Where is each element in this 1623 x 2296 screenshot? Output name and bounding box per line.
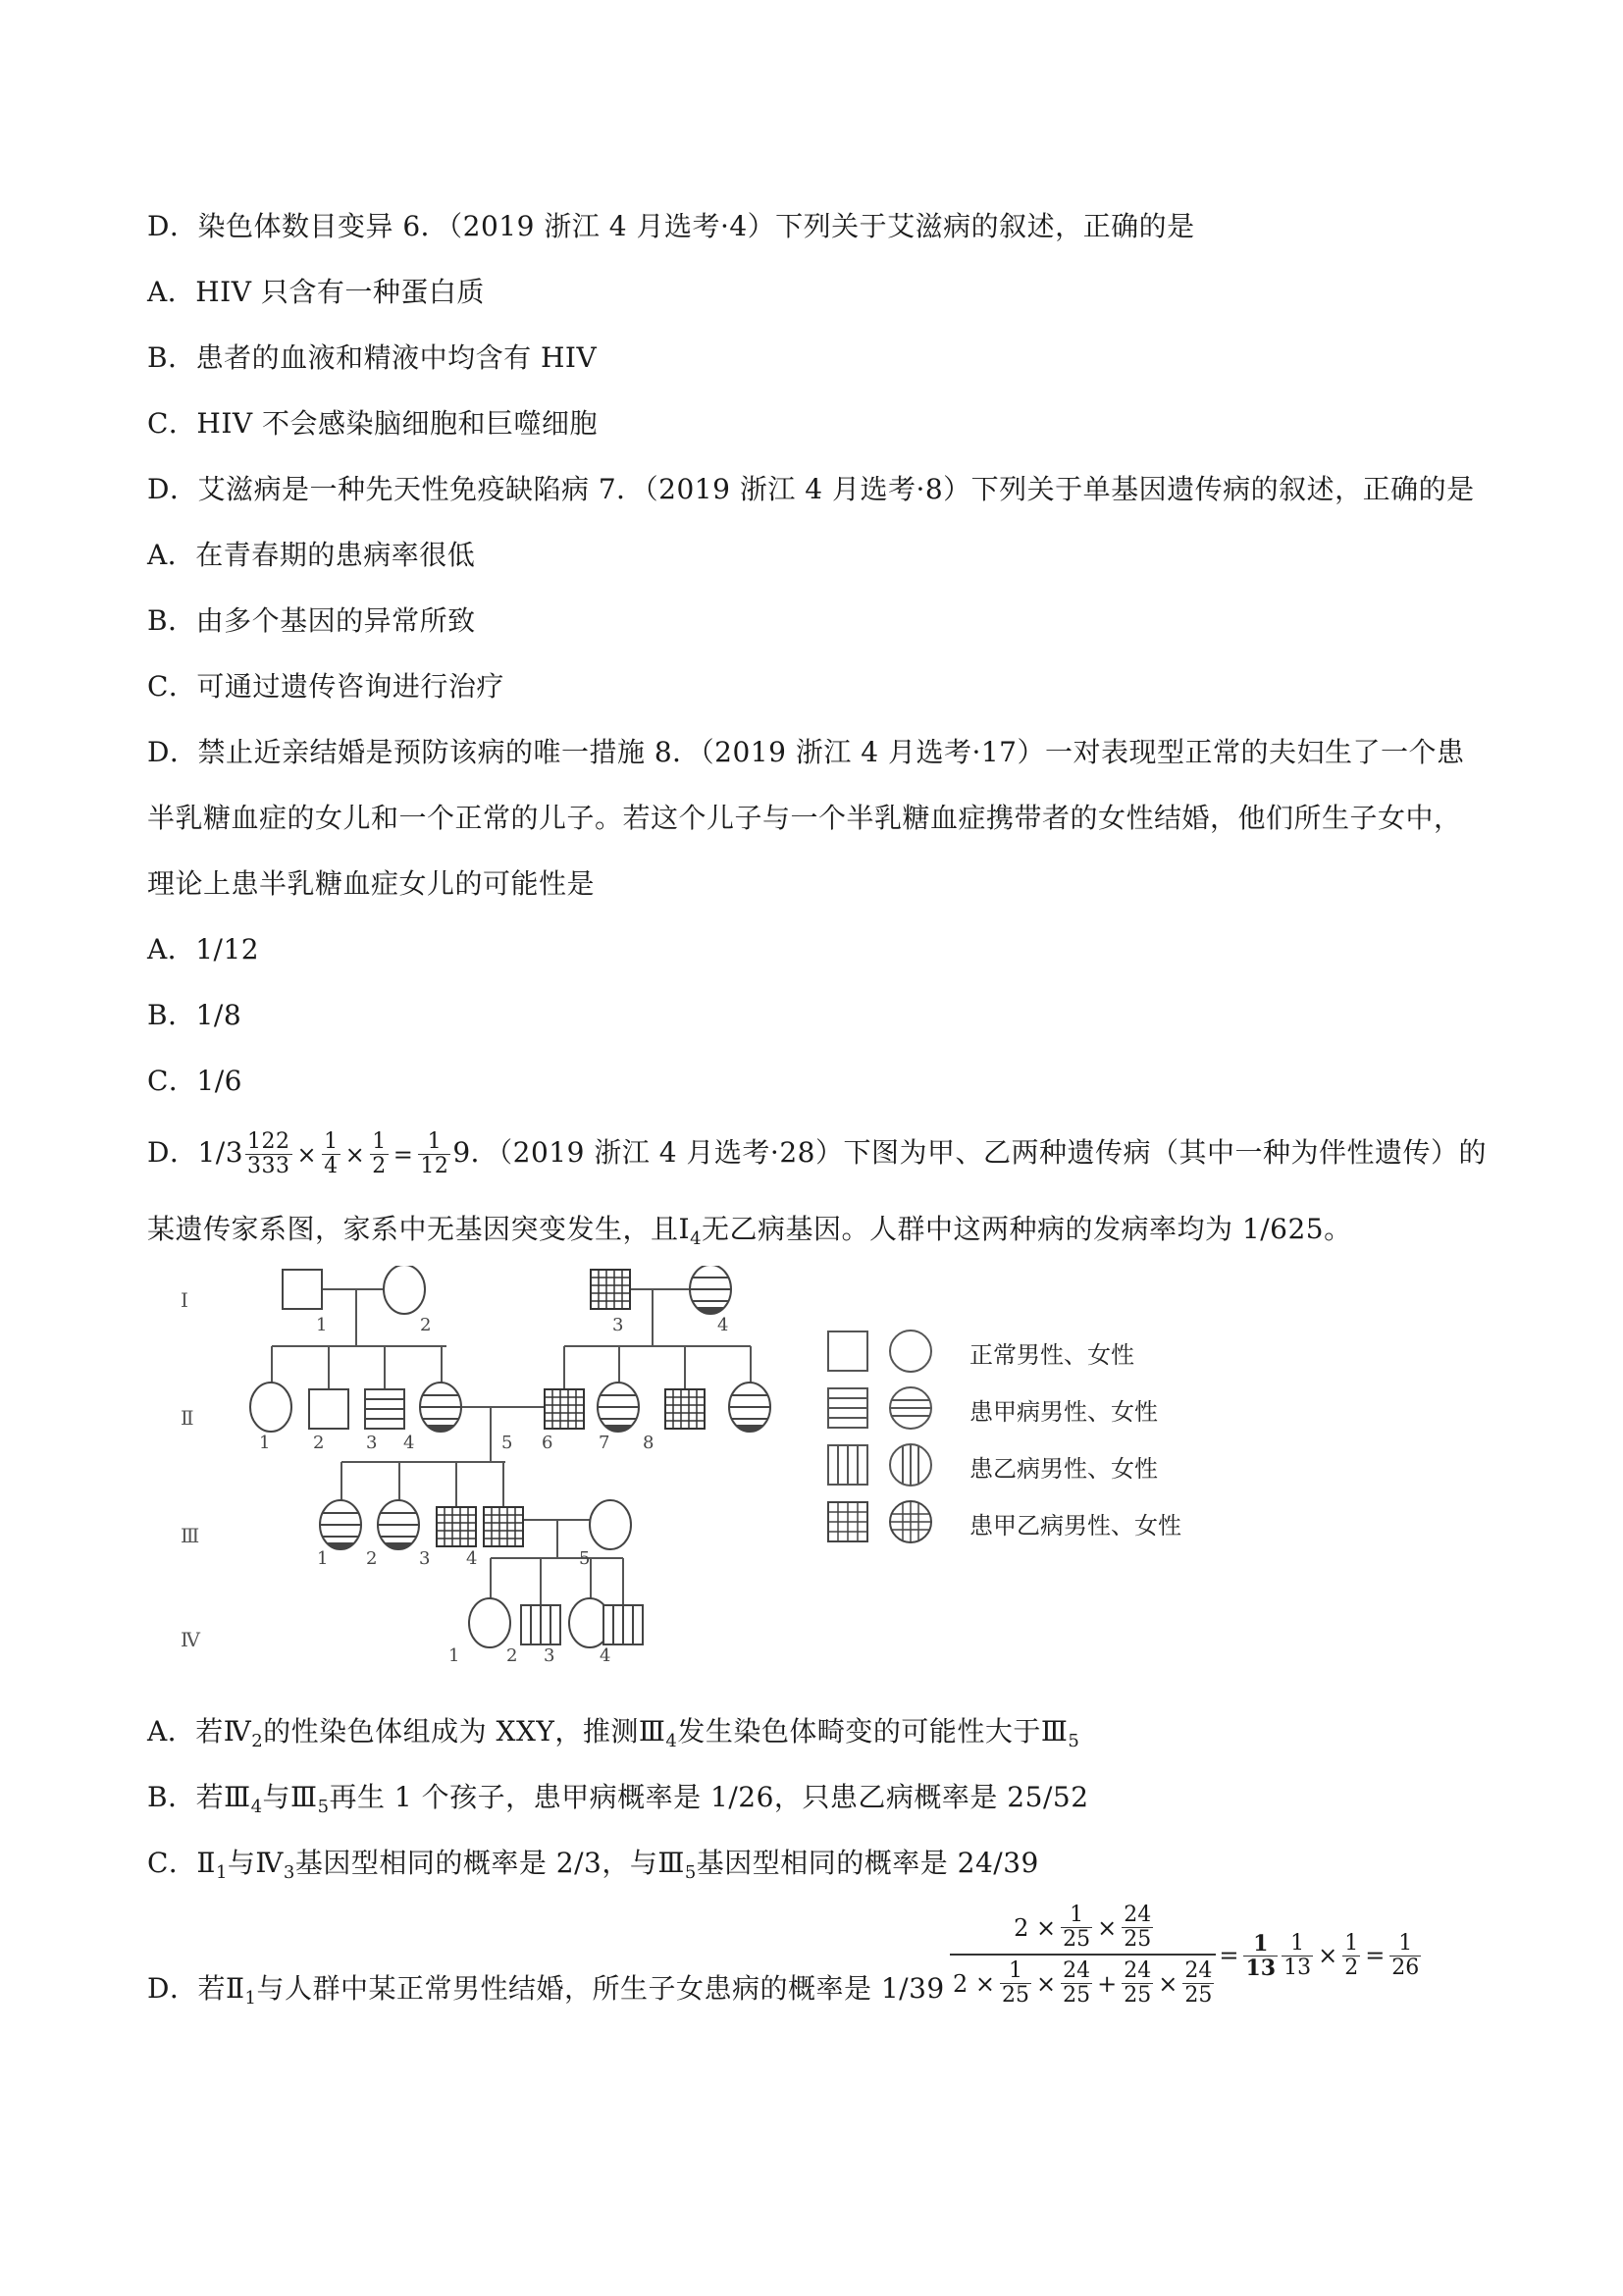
svg-text:5: 5 — [579, 1548, 590, 1569]
svg-text:2: 2 — [366, 1548, 377, 1569]
text-line: A．HIV 只含有一种蛋白质 — [147, 276, 485, 309]
svg-text:2: 2 — [313, 1433, 324, 1453]
svg-text:3: 3 — [544, 1645, 554, 1666]
text-line: D．艾滋病是一种先天性免疫缺陷病 7．（2019 浙江 4 月选考·8）下列关于… — [147, 473, 1475, 506]
svg-text:4: 4 — [717, 1315, 728, 1335]
individual-II-1 — [250, 1383, 291, 1432]
q9-prefix: D．1/3 — [147, 1136, 243, 1169]
text-line: C．HIV 不会感染脑细胞和巨噬细胞 — [147, 407, 598, 441]
svg-text:3: 3 — [612, 1315, 623, 1335]
option-C: C．Ⅱ1与Ⅳ3基因型相同的概率是 2/3，与Ⅲ5基因型相同的概率是 24/39 — [147, 1847, 1039, 1890]
legend-item-normal: 正常男性、女性 — [824, 1330, 952, 1373]
svg-text:1: 1 — [259, 1433, 270, 1453]
legend-item-disease-a: 患甲病男性、女性 — [824, 1386, 952, 1430]
fraction: 122333 — [245, 1130, 292, 1178]
text-line: A．在青春期的患病率很低 — [147, 539, 475, 572]
svg-text:4: 4 — [466, 1548, 477, 1569]
legend-item-disease-b: 患乙病男性、女性 — [824, 1443, 952, 1487]
individual-II-5 — [545, 1389, 584, 1429]
individual-I-2 — [384, 1266, 425, 1314]
fraction: 14 — [322, 1130, 340, 1178]
legend-symbols-both — [824, 1500, 952, 1543]
individual-II-4 — [419, 1383, 462, 1435]
svg-text:3: 3 — [419, 1548, 430, 1569]
generation-label: Ⅱ — [181, 1406, 194, 1430]
option-A: A．若Ⅳ2的性染色体组成为 XXY，推测Ⅲ4发生染色体畸变的可能性大于Ⅲ5 — [147, 1715, 1079, 1758]
individual-II-8 — [728, 1383, 771, 1435]
individual-III-1 — [319, 1500, 362, 1552]
pedigree-chart: Ⅰ Ⅱ Ⅲ Ⅳ — [167, 1266, 805, 1697]
big-fraction-numerator: 2 ×125×2425 — [950, 1904, 1216, 1954]
individual-I-1 — [283, 1270, 322, 1309]
option-B: B．若Ⅲ4与Ⅲ5再生 1 个孩子，患甲病概率是 1/26，只患乙病概率是 25/… — [147, 1781, 1089, 1824]
individual-II-7 — [665, 1389, 705, 1429]
text-line: 理论上患半乳糖血症女儿的可能性是 — [147, 867, 595, 901]
svg-text:1: 1 — [317, 1548, 328, 1569]
individual-II-2 — [309, 1389, 348, 1429]
svg-text:2: 2 — [420, 1315, 431, 1335]
text-line: 半乳糖血症的女儿和一个正常的儿子。若这个儿子与一个半乳糖血症携带者的女性结婚，他… — [147, 802, 1462, 835]
generation-label: Ⅰ — [181, 1288, 188, 1312]
svg-text:8: 8 — [643, 1433, 654, 1453]
generation-label: Ⅲ — [181, 1524, 199, 1547]
text-line: B．患者的血液和精液中均含有 HIV — [147, 341, 597, 375]
svg-text:4: 4 — [600, 1645, 610, 1666]
individual-III-5 — [590, 1500, 631, 1549]
legend-symbols-normal — [824, 1330, 952, 1373]
legend-symbols-disease-b — [824, 1443, 952, 1487]
svg-text:1: 1 — [448, 1645, 459, 1666]
fraction: 112 — [418, 1130, 450, 1178]
math-expression: 2 ×125×2425 2 ×125×2425+2425×2425 =11311… — [950, 1904, 1423, 2008]
big-fraction: 2 ×125×2425 2 ×125×2425+2425×2425 — [950, 1904, 1216, 2008]
svg-text:5: 5 — [501, 1433, 512, 1453]
text-line: C．1/6 — [147, 1065, 242, 1098]
individual-I-3 — [591, 1270, 630, 1309]
svg-text:2: 2 — [506, 1645, 517, 1666]
option-D: D．若Ⅱ1与人群中某正常男性结婚，所生子女患病的概率是 1/39 — [147, 1972, 945, 2015]
text-line: B．1/8 — [147, 999, 241, 1032]
legend-symbols-disease-a — [824, 1386, 952, 1430]
q9-stem-line2: 某遗传家系图，家系中无基因突变发生，且Ⅰ4无乙病基因。人群中这两种病的发病率均为… — [147, 1213, 1352, 1256]
generation-label: Ⅳ — [181, 1628, 201, 1651]
individual-I-4 — [689, 1266, 732, 1317]
q9-intro-line: D．1/3122333×14×12=1129．（2019 浙江 4 月选考·28… — [147, 1124, 1487, 1183]
individual-IV-1 — [469, 1598, 510, 1647]
svg-text:7: 7 — [599, 1433, 609, 1453]
text-line: B．由多个基因的异常所致 — [147, 604, 476, 638]
svg-text:1: 1 — [316, 1315, 327, 1335]
individual-IV-2 — [521, 1605, 560, 1644]
fraction: 12 — [370, 1130, 389, 1178]
svg-text:3: 3 — [366, 1433, 377, 1453]
individual-IV-4 — [603, 1605, 643, 1644]
text-line: D．染色体数目变异 6．（2019 浙江 4 月选考·4）下列关于艾滋病的叙述，… — [147, 210, 1195, 243]
individual-II-3 — [365, 1389, 404, 1429]
individual-III-2 — [377, 1500, 420, 1552]
big-fraction-denominator: 2 ×125×2425+2425×2425 — [950, 1954, 1216, 2008]
text-line: A．1/12 — [147, 933, 259, 966]
text-line: D．禁止近亲结婚是预防该病的唯一措施 8．（2019 浙江 4 月选考·17）一… — [147, 736, 1464, 769]
text-line: C．可通过遗传咨询进行治疗 — [147, 670, 504, 704]
svg-text:4: 4 — [403, 1433, 414, 1453]
individual-III-4 — [484, 1507, 523, 1546]
individual-III-3 — [437, 1507, 476, 1546]
legend-item-both: 患甲乙病男性、女性 — [824, 1500, 952, 1543]
svg-text:6: 6 — [542, 1433, 552, 1453]
individual-II-6 — [597, 1383, 640, 1435]
q9-stem: 9．（2019 浙江 4 月选考·28）下图为甲、乙两种遗传病（其中一种为伴性遗… — [452, 1136, 1487, 1169]
